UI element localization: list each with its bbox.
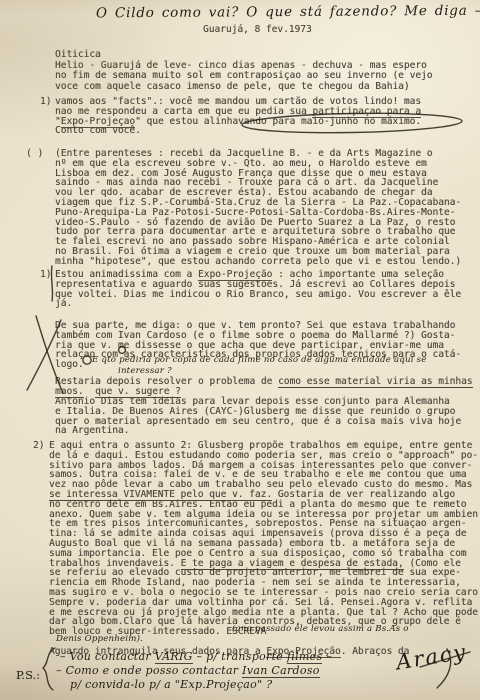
underlined-text: VARIG: [155, 650, 193, 664]
section-marker-1a: 1): [40, 97, 51, 107]
typed-line: na Argentina.: [55, 426, 461, 436]
ps-line-2: – Como e onde posso contactar Ivan Cardo…: [56, 664, 320, 677]
underlined-text: como esse material viria as minhas: [278, 376, 472, 388]
section-marker-parens: ( ): [26, 149, 43, 159]
handwritten-escreva-note-1: (ano passado êle levou assim a Bs.As o: [232, 624, 409, 634]
typed-line: já.: [55, 299, 461, 309]
underlined-text: filmes: [287, 650, 323, 664]
paragraph-antonio-dias: Antonio Dias tem ideias para levar depoi…: [55, 397, 461, 436]
paragraph-restaria: Restaria depois resolver o problema de c…: [55, 377, 473, 397]
handwritten-insert-line1: E qto pediria por cópia de cada filme no…: [92, 355, 427, 365]
typed-line: que voltei. Dias me indicou o Rio Branco…: [55, 290, 461, 300]
ps-line-3: p/ convida-lo p/ a "Exp.Projeçao" ?: [70, 678, 272, 691]
underlined-text: Ivan Cardoso: [242, 664, 319, 678]
ps-line-1: – Vou contactar VARIG – p/ transporte fi…: [60, 650, 332, 663]
handwritten-insert-line2: interessar ?: [118, 366, 172, 376]
paragraph-parentheses: (Entre parenteses : recebi da Jacqueline…: [55, 149, 461, 267]
letter-page: O Cildo como vai? O que stá fazendo? Me …: [0, 0, 480, 700]
section-marker-1b: 1): [40, 270, 51, 280]
typed-line: minha "hipotese", que estou achando corr…: [55, 257, 461, 267]
date-line: Guarujá, 8 fev.1973: [203, 25, 312, 35]
section-marker-2: 2): [33, 441, 44, 451]
salutation-block: OiticicaHelio - Guarujá de leve- cinco d…: [55, 50, 433, 92]
ps-label: P.S.:: [16, 668, 40, 682]
pen-margin-line: [51, 266, 52, 301]
paragraph-facts: vamos aos "facts".: você me mandou um ca…: [55, 97, 421, 136]
typed-line: voce com aquele casaco imenso de pele, q…: [55, 82, 433, 93]
handwritten-escreva-note-2: Denis Oppenheim).: [56, 634, 143, 644]
typed-line: Oiticica: [55, 50, 433, 61]
handwritten-top-note: O Cildo como vai? O que stá fazendo? Me …: [96, 3, 480, 22]
typed-line: Conto com você.: [55, 126, 421, 136]
paragraph-expo-projecao: Estou animadissima com a Expo-Projeção :…: [55, 270, 461, 309]
